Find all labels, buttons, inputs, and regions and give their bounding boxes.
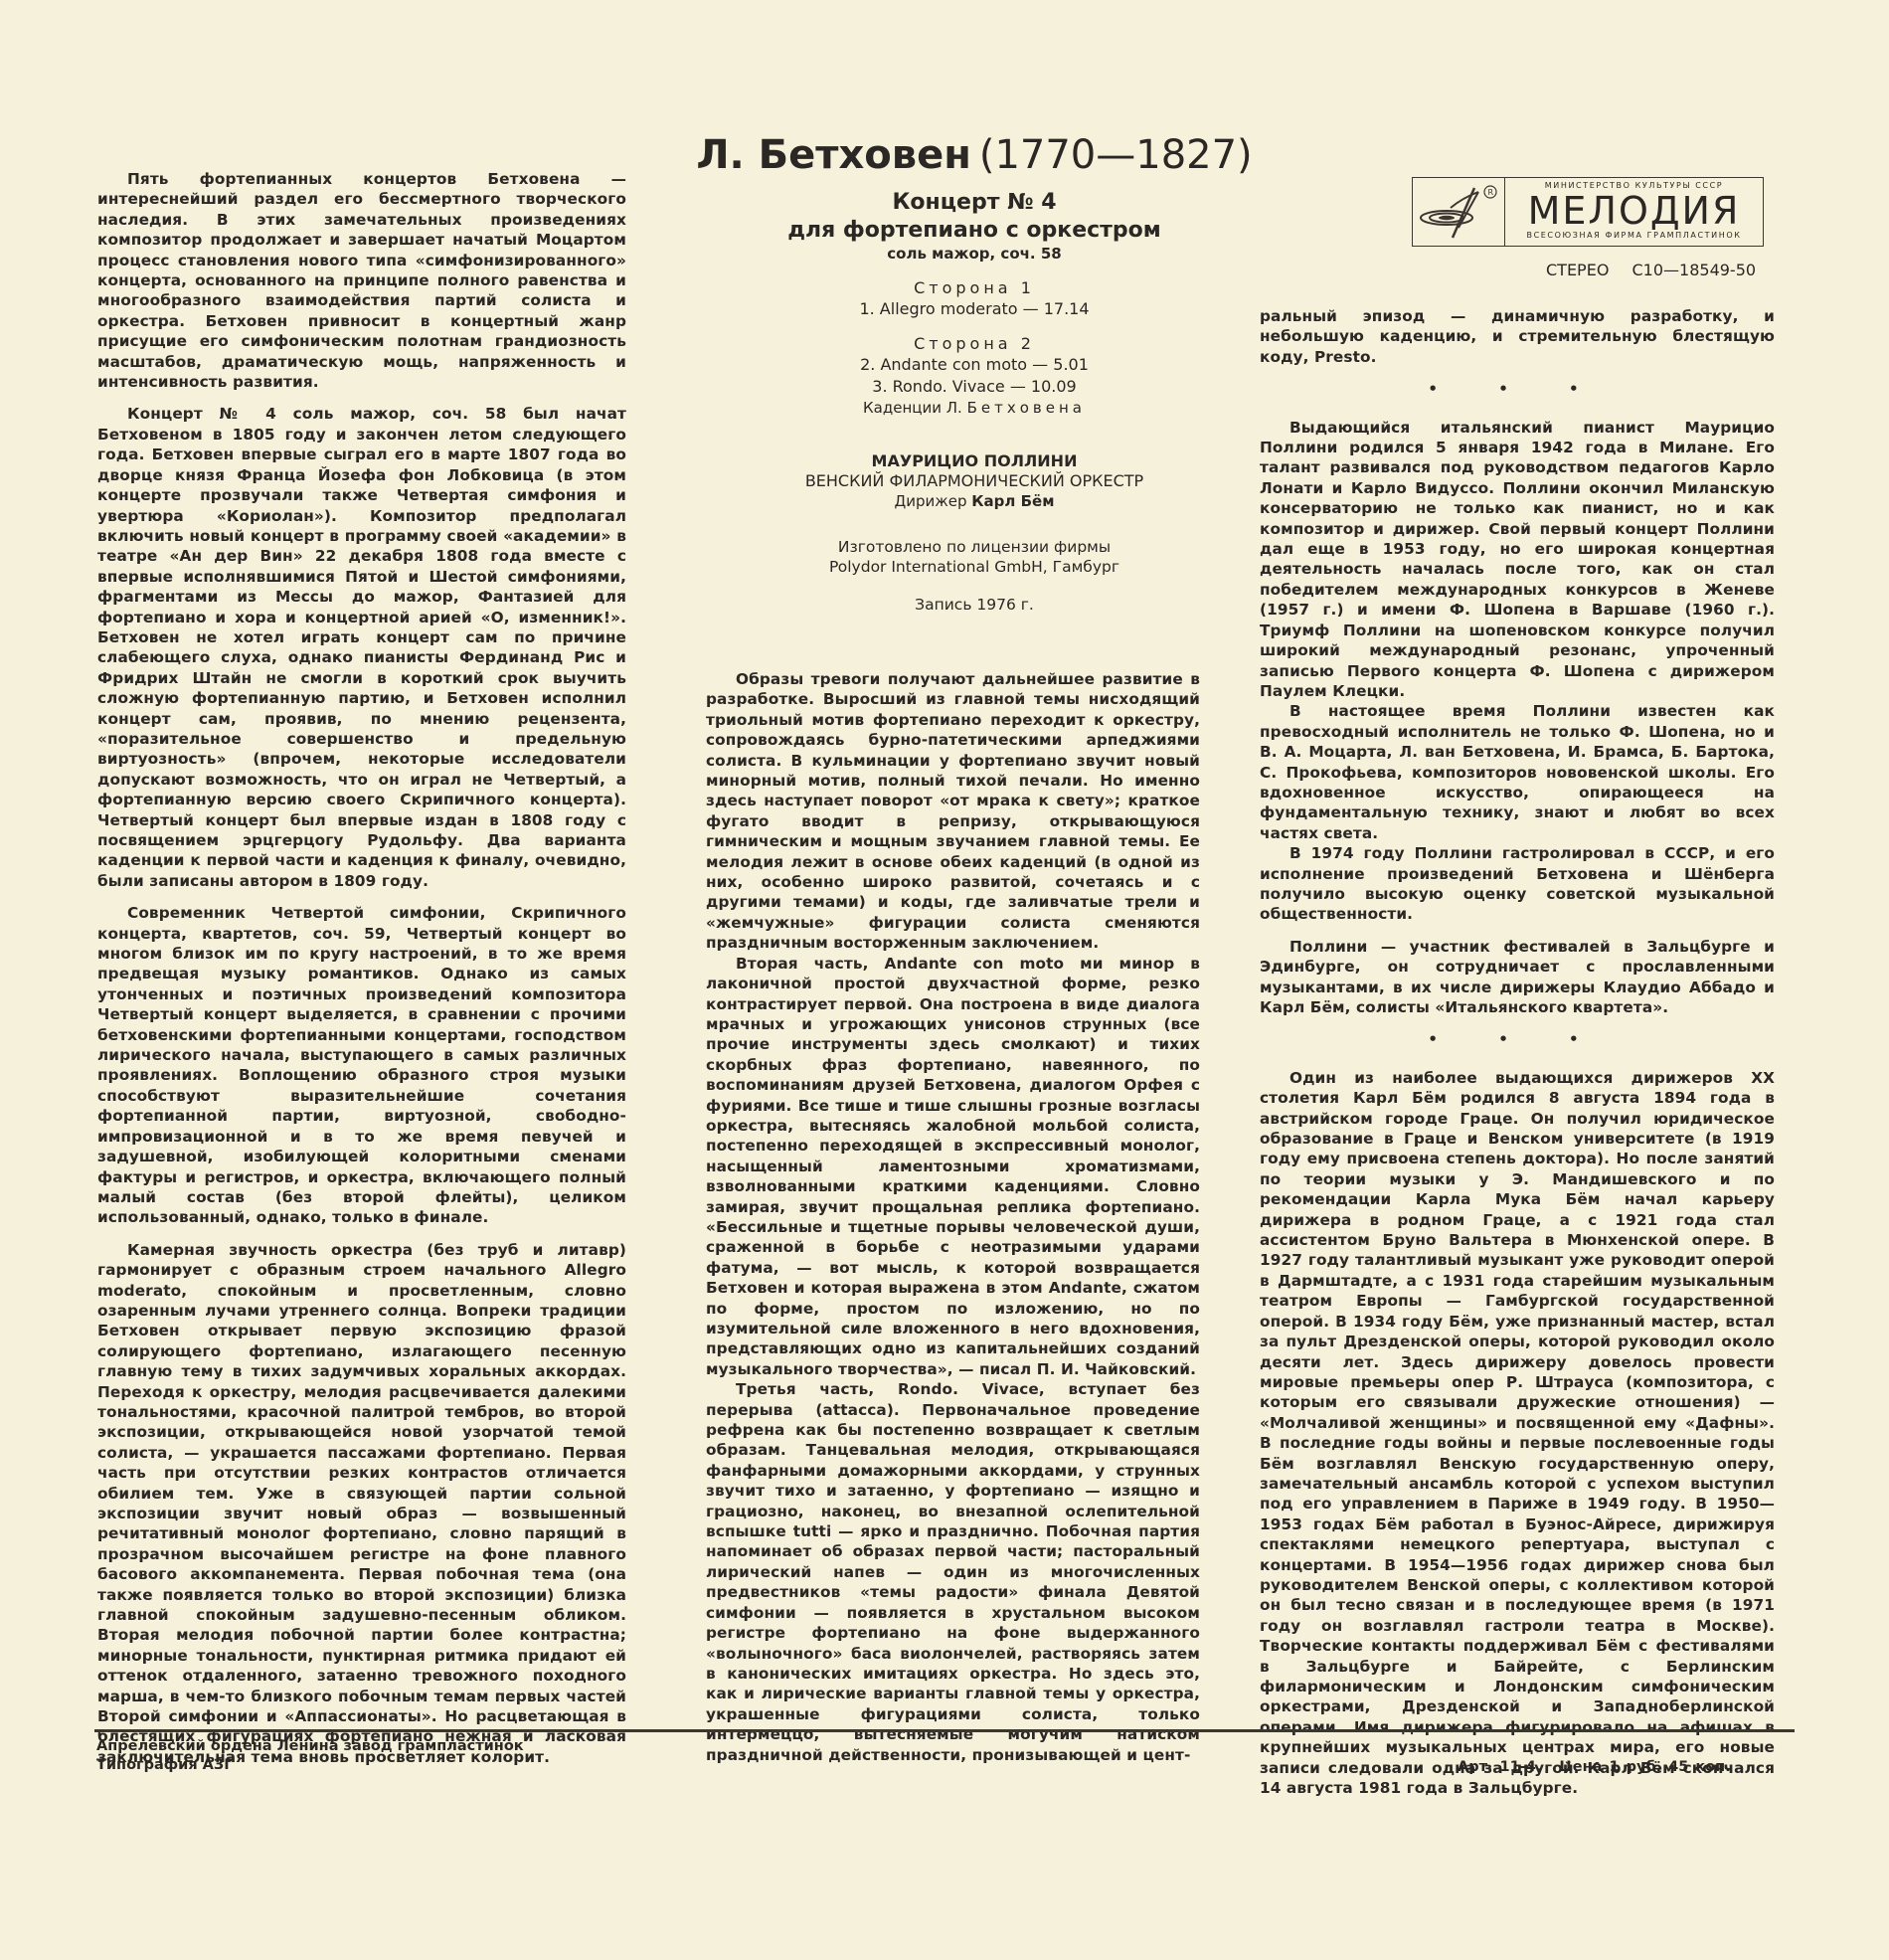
catalog-number: С10—18549-50	[1632, 261, 1757, 279]
bohm-bio: Один из наиболее выдающихся дирижеров XX…	[1260, 1068, 1775, 1799]
conductor-credit: Дирижер Карл Бём	[696, 491, 1253, 511]
soloist-name: МАУРИЦИО ПОЛЛИНИ	[696, 451, 1253, 471]
work-title: Концерт № 4	[696, 189, 1253, 217]
paragraph: Третья часть, Rondo. Vivace, вступает бе…	[706, 1379, 1200, 1765]
paragraph: Пять фортепианных концертов Бетховена — …	[97, 169, 626, 392]
track-item: 3. Rondo. Vivace — 10.09	[696, 376, 1253, 398]
stereo-label: СТЕРЕО	[1546, 261, 1609, 279]
composer-name: Л. Бетховен	[696, 132, 971, 178]
paragraph: Вторая часть, Andante con moto ми минор …	[706, 954, 1200, 1380]
printing-house: Типография АЗГ	[96, 1756, 524, 1775]
track-item: 1. Allegro moderato — 17.14	[696, 298, 1253, 320]
record-sleeve-back: Пять фортепианных концертов Бетховена — …	[0, 0, 1889, 1960]
pollini-bio: В настоящее время Поллини известен как п…	[1260, 701, 1775, 843]
orchestra-name: ВЕНСКИЙ ФИЛАРМОНИЧЕСКИЙ ОРКЕСТР	[696, 471, 1253, 491]
price: Цена 1 руб. 45 коп.	[1559, 1759, 1730, 1775]
pollini-bio: Выдающийся итальянский пианист Маурицио …	[1260, 418, 1775, 702]
cadenzas-note: Каденции Л. Бетховена	[696, 398, 1253, 418]
composer-years: (1770—1827)	[979, 132, 1253, 178]
article-number: Арт. 11-4.	[1458, 1759, 1541, 1775]
album-header: Л. Бетховен(1770—1827) Концерт № 4 для ф…	[696, 131, 1253, 615]
release-info: СТЕРЕО С10—18549-50	[1546, 261, 1756, 279]
footer-divider	[94, 1729, 1795, 1732]
section-separator: • • •	[1260, 379, 1775, 399]
pollini-bio: В 1974 году Поллини гастролировал в СССР…	[1260, 843, 1775, 925]
paragraph: Камерная звучность оркестра (без труб и …	[97, 1240, 626, 1768]
paragraph: ральный эпизод — динамичную разработку, …	[1260, 306, 1775, 367]
conductor-name: Карл Бём	[971, 492, 1054, 510]
footer-manufacturer: Апрелевский ордена Ленина завод грамплас…	[96, 1737, 524, 1775]
recording-year: Запись 1976 г.	[696, 595, 1253, 615]
pressing-plant: Апрелевский ордена Ленина завод грамплас…	[96, 1737, 524, 1756]
license-line-2: Polydor International GmbH, Гамбург	[696, 557, 1253, 577]
essay-left-column: Пять фортепианных концертов Бетховена — …	[97, 169, 626, 1779]
paragraph: Концерт № 4 соль мажор, соч. 58 был нача…	[97, 404, 626, 891]
composer-title: Л. Бетховен(1770—1827)	[696, 131, 1253, 179]
license-line-1: Изготовлено по лицензии фирмы	[696, 537, 1253, 557]
side-2-label: Сторона 2	[696, 334, 1253, 354]
melodiya-logo: R МИНИСТЕРСТВО КУЛЬТУРЫ СССР МЕЛОДИЯ ВСЕ…	[1412, 177, 1764, 247]
section-separator: • • •	[1260, 1029, 1775, 1049]
essay-right-column: ральный эпизод — динамичную разработку, …	[1260, 306, 1775, 1810]
paragraph: Современник Четвертой симфонии, Скрипичн…	[97, 903, 626, 1228]
pollini-bio: Поллини — участник фестивалей в Зальцбур…	[1260, 937, 1775, 1018]
essay-middle-column: Образы тревоги получают дальнейшее разви…	[706, 669, 1200, 1765]
svg-text:R: R	[1488, 188, 1494, 197]
work-subtitle: для фортепиано с оркестром	[696, 217, 1253, 245]
track-item: 2. Andante con moto — 5.01	[696, 354, 1253, 376]
paragraph: Образы тревоги получают дальнейшее разви…	[706, 669, 1200, 954]
side-1-label: Сторона 1	[696, 278, 1253, 298]
logo-text: МИНИСТЕРСТВО КУЛЬТУРЫ СССР МЕЛОДИЯ ВСЕСО…	[1505, 178, 1763, 246]
work-key: соль мажор, соч. 58	[696, 245, 1253, 263]
footer-price: Арт. 11-4.Цена 1 руб. 45 коп.	[1458, 1759, 1731, 1775]
melodiya-record-logo-icon: R	[1413, 178, 1505, 246]
